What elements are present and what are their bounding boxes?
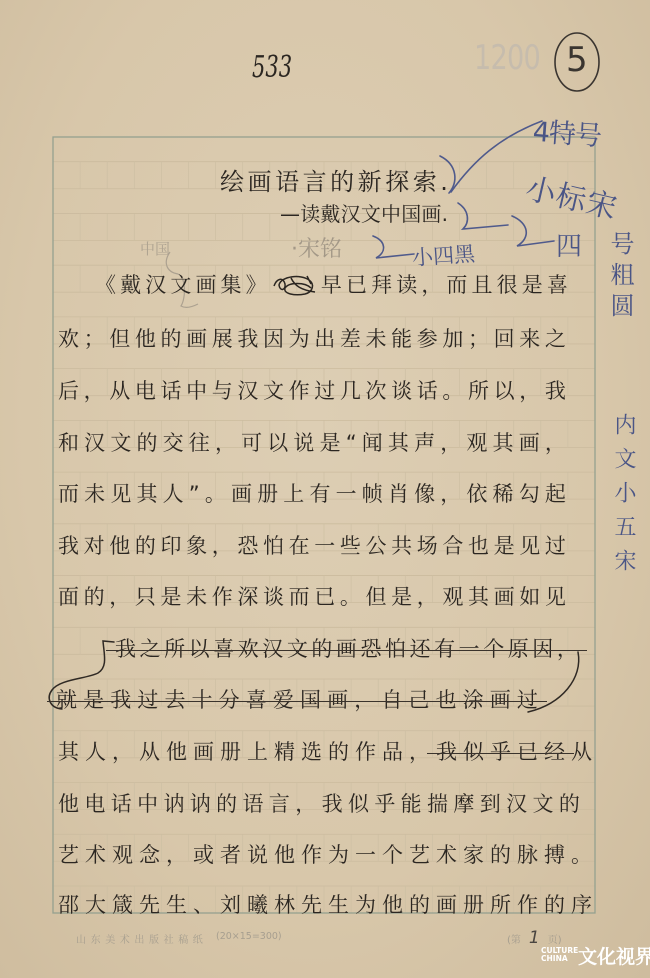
handwritten-char: 《 [95, 270, 116, 300]
publisher-label: 山东美术出版社稿纸 [76, 931, 207, 946]
handwritten-char: 我 [436, 737, 457, 767]
handwritten-char: 些 [340, 531, 361, 561]
handwritten-char: 读 [300, 199, 320, 229]
handwritten-char: ， [519, 376, 540, 406]
handwritten-char: 一 [459, 634, 480, 664]
handwritten-char: 册 [463, 890, 484, 920]
handwritten-char: ， [409, 737, 430, 767]
handwritten-char: 且 [472, 270, 493, 300]
handwritten-char: 一 [355, 840, 376, 870]
handwritten-char: 过 [545, 531, 566, 561]
handwritten-char: 中 [137, 789, 158, 819]
handwritten-char: 文 [532, 789, 553, 819]
handwritten-char: 》 [246, 270, 267, 300]
subtitle-bracket-2 [512, 216, 554, 246]
handwritten-char: 作 [355, 737, 376, 767]
handwritten-char: 绘 [220, 167, 244, 197]
handwritten-char: 画 [336, 634, 357, 664]
handwritten-char: 汉 [506, 789, 527, 819]
handwritten-char: 汉 [237, 376, 258, 406]
handwritten-char: 交 [163, 428, 184, 458]
handwritten-char: . [442, 199, 448, 229]
handwritten-char: 来 [519, 324, 540, 354]
handwritten-char: 所 [468, 376, 489, 406]
body-line-11: 他电话中讷讷的语言，我似乎能揣摩到汉文的 [58, 789, 580, 819]
author-bracket [373, 236, 414, 258]
annotation-body-spec: 内文小五宋 [608, 413, 639, 583]
scribbled-out-word [271, 272, 317, 298]
handwritten-char: 之 [545, 324, 566, 354]
handwritten-char: ， [109, 582, 130, 612]
handwritten-char: ， [112, 737, 133, 767]
handwritten-char: 因 [532, 634, 553, 664]
handwritten-char: 个 [483, 634, 504, 664]
handwritten-char: 文 [263, 376, 284, 406]
handwritten-char: 文 [170, 270, 191, 300]
handwritten-char: 怕 [263, 531, 284, 561]
handwritten-char: 所 [490, 890, 511, 920]
handwritten-char: ， [84, 376, 105, 406]
handwritten-char: 己 [408, 685, 429, 715]
handwritten-char: 我 [115, 634, 136, 664]
page-label-suffix: 页) [548, 931, 562, 946]
handwritten-char: 他 [274, 840, 295, 870]
handwritten-char: 十 [192, 685, 213, 715]
handwritten-char: 国 [401, 199, 421, 229]
handwritten-char: 恐 [237, 531, 258, 561]
handwritten-char: 画 [231, 479, 252, 509]
handwritten-char: 加 [442, 324, 463, 354]
handwritten-char: 很 [497, 270, 518, 300]
handwritten-char: 讷 [163, 789, 184, 819]
handwritten-char: 差 [340, 324, 361, 354]
handwritten-char: 的 [330, 167, 354, 197]
word-count-note: 1200 [474, 38, 540, 78]
handwritten-char: 以 [267, 428, 288, 458]
handwritten-char: 探 [385, 167, 409, 197]
handwritten-char: 他 [382, 890, 403, 920]
handwritten-char: 像 [414, 479, 435, 509]
handwritten-char: 就 [56, 685, 77, 715]
handwritten-char: 的 [559, 789, 580, 819]
body-line-8-deleted: 我之所以喜欢汉文的画恐怕还有一个原因， [115, 634, 578, 664]
handwritten-char: 谈 [391, 376, 412, 406]
handwritten-char: 爱 [273, 685, 294, 715]
handwritten-char: 话 [161, 376, 182, 406]
handwritten-char: 国 [300, 685, 321, 715]
handwritten-char: 原 [508, 634, 529, 664]
handwritten-char: 戴 [120, 270, 141, 300]
handwritten-char: 其 [58, 737, 79, 767]
handwritten-char: 怕 [385, 634, 406, 664]
handwritten-char: 闻 [362, 428, 383, 458]
handwritten-char: 肖 [388, 479, 409, 509]
handwritten-char: 是 [391, 582, 412, 612]
handwritten-char: 作 [289, 376, 310, 406]
handwritten-char: 有 [434, 634, 455, 664]
handwritten-char: 稀 [493, 479, 514, 509]
handwritten-char: 未 [84, 479, 105, 509]
handwritten-char: 的 [328, 737, 349, 767]
body-line-9-deleted: 就是我过去十分喜爱国画，自己也涂画过 [56, 685, 538, 715]
handwritten-char: 画 [421, 199, 441, 229]
handwritten-char: 言 [303, 167, 327, 197]
handwritten-char: 为 [328, 840, 349, 870]
handwritten-char: 几 [340, 376, 361, 406]
handwritten-char: 我 [58, 531, 79, 561]
handwritten-char: 他 [166, 737, 187, 767]
handwritten-char: 喜 [547, 270, 568, 300]
handwritten-char: 册 [220, 737, 241, 767]
handwritten-char: 深 [237, 582, 258, 612]
handwritten-char: ； [468, 324, 489, 354]
handwritten-char: 精 [274, 737, 295, 767]
handwritten-char: 者 [220, 840, 241, 870]
handwritten-char: 参 [417, 324, 438, 354]
handwritten-char: ， [215, 428, 236, 458]
handwritten-char: 合 [442, 531, 463, 561]
handwritten-char: 过 [517, 685, 538, 715]
handwritten-char: 而 [289, 582, 310, 612]
handwritten-char: 似 [348, 789, 369, 819]
handwritten-char: 说 [247, 840, 268, 870]
handwritten-char: 生 [166, 890, 187, 920]
annotation-subtitle-size: 四 [556, 226, 582, 263]
handwritten-char: 的 [136, 428, 157, 458]
handwritten-char: 分 [219, 685, 240, 715]
handwritten-char: 作 [212, 582, 233, 612]
handwritten-char: 刘 [220, 890, 241, 920]
handwritten-char: 为 [355, 890, 376, 920]
handwritten-char: 以 [189, 634, 210, 664]
handwritten-char: 我 [237, 324, 258, 354]
handwritten-char: ， [421, 270, 442, 300]
handwritten-char: 观 [112, 840, 133, 870]
handwritten-char: 林 [274, 890, 295, 920]
handwritten-char: 他 [58, 789, 79, 819]
handwritten-char: 而 [446, 270, 467, 300]
handwritten-char: 揣 [427, 789, 448, 819]
handwritten-char: 。 [571, 840, 592, 870]
handwritten-char: 象 [186, 531, 207, 561]
handwritten-char: 画 [519, 428, 540, 458]
handwritten-char: 他 [109, 531, 130, 561]
handwritten-char: 人 [85, 737, 106, 767]
handwritten-char: 箴 [112, 890, 133, 920]
body-line-6: 我对他的印象，恐怕在一些公共场合也是见过 [58, 531, 566, 561]
handwritten-char: 到 [480, 789, 501, 819]
handwritten-char: 经 [544, 737, 565, 767]
subtitle: —读戴汉文中国画. [280, 199, 448, 229]
handwritten-char: 画 [327, 685, 348, 715]
handwritten-char: 往 [189, 428, 210, 458]
handwritten-char: 选 [301, 737, 322, 767]
handwritten-char: 戴 [320, 199, 340, 229]
handwritten-char: ， [557, 634, 578, 664]
handwritten-char: 因 [263, 324, 284, 354]
handwritten-char: ， [354, 685, 375, 715]
handwritten-char: 能 [391, 324, 412, 354]
handwritten-char: 如 [519, 582, 540, 612]
handwritten-char: 可 [241, 428, 262, 458]
handwritten-char: 电 [84, 789, 105, 819]
handwritten-char: 未 [186, 582, 207, 612]
handwritten-char: 汉 [341, 199, 361, 229]
handwritten-char: 画 [193, 737, 214, 767]
handwritten-char: 大 [85, 890, 106, 920]
handwritten-char: 是 [494, 531, 515, 561]
body-line-12: 艺术观念，或者说他作为一个艺术家的脉搏。 [58, 840, 592, 870]
handwritten-char: 其 [468, 582, 489, 612]
handwritten-char: 见 [110, 479, 131, 509]
circled-page-number: 5 [566, 40, 588, 80]
handwritten-char: 对 [84, 531, 105, 561]
page-label: (第 1 页) [507, 928, 562, 948]
handwritten-char: 画 [490, 685, 511, 715]
handwritten-char: 喜 [213, 634, 234, 664]
handwritten-char: 是 [161, 582, 182, 612]
handwritten-char: 起 [545, 479, 566, 509]
handwritten-char: 已 [517, 737, 538, 767]
handwritten-char: 恐 [360, 634, 381, 664]
body-line-7: 面的，只是未作深谈而已。但是，观其画如见 [58, 582, 566, 612]
handwritten-char: ， [166, 840, 187, 870]
handwritten-char: 已 [346, 270, 367, 300]
handwritten-char: 喜 [246, 685, 267, 715]
handwritten-char: 新 [358, 167, 382, 197]
handwritten-char: ， [212, 531, 233, 561]
handwritten-char: 出 [314, 324, 335, 354]
annotation-title-size: 4特号 [532, 110, 603, 154]
handwritten-char: 画 [494, 582, 515, 612]
handwritten-char: 汉 [84, 428, 105, 458]
handwritten-char: 还 [410, 634, 431, 664]
handwritten-char: ， [417, 582, 438, 612]
handwritten-char: 我 [545, 376, 566, 406]
handwritten-char: 似 [463, 737, 484, 767]
handwritten-char: 的 [409, 890, 430, 920]
handwritten-char: 其 [388, 428, 409, 458]
annotation-subtitle-font: 号粗圆 [603, 231, 638, 324]
handwritten-char: 场 [417, 531, 438, 561]
handwritten-char: ， [295, 789, 316, 819]
annotation-title-font: 小标宋 [522, 164, 623, 228]
handwritten-char: 的 [161, 324, 182, 354]
handwritten-char: 与 [212, 376, 233, 406]
handwritten-char: 为 [289, 324, 310, 354]
handwritten-char: 从 [109, 376, 130, 406]
handwritten-char: 后 [58, 376, 79, 406]
handwritten-char: 欢 [58, 324, 79, 354]
handwritten-char: 搏 [544, 840, 565, 870]
body-line-4: 和汉文的交往，可以说是“闻其声，观其画， [58, 428, 566, 458]
page-label-prefix: (第 [507, 931, 521, 946]
handwritten-char: 见 [519, 531, 540, 561]
handwritten-char: 作 [517, 890, 538, 920]
handwritten-char: 从 [571, 737, 592, 767]
handwritten-char: 的 [216, 789, 237, 819]
handwritten-char: 话 [111, 789, 132, 819]
handwritten-char: 过 [314, 376, 335, 406]
handwritten-char: 说 [293, 428, 314, 458]
handwritten-char: ” [189, 479, 200, 509]
handwritten-char: 中 [381, 199, 401, 229]
handwritten-char: 能 [401, 789, 422, 819]
handwritten-char: 未 [366, 324, 387, 354]
handwritten-char: 勾 [519, 479, 540, 509]
handwritten-char: 术 [85, 840, 106, 870]
page-mark: 533 [252, 50, 292, 85]
watermark-brand-en: CULTURE CHINA [541, 947, 577, 963]
handwritten-char: 谈 [263, 582, 284, 612]
handwritten-char: ， [440, 479, 461, 509]
handwritten-char: 的 [311, 634, 332, 664]
handwritten-char: 的 [490, 840, 511, 870]
handwritten-char: 拜 [371, 270, 392, 300]
handwritten-char: 只 [135, 582, 156, 612]
handwritten-char: 印 [161, 531, 182, 561]
title: 绘画语言的新探索. [220, 167, 448, 197]
handwritten-char: ， [440, 428, 461, 458]
handwritten-char: 、 [193, 890, 214, 920]
handwritten-char: 上 [247, 737, 268, 767]
handwritten-char: 册 [257, 479, 278, 509]
handwritten-char: 。 [205, 479, 226, 509]
handwritten-char: 也 [436, 685, 457, 715]
handwritten-char: ， [545, 428, 566, 458]
handwritten-char: 在 [289, 531, 310, 561]
handwritten-char: 画 [186, 324, 207, 354]
handwritten-char: 从 [139, 737, 160, 767]
manuscript-page: { "document": { "page_mark": "533", "wor… [0, 0, 650, 978]
handwritten-char: ； [84, 324, 105, 354]
handwritten-char: 所 [164, 634, 185, 664]
handwritten-char: — [280, 199, 300, 229]
body-line-10: 其人，从他画册上精选的作品， 我似乎已经 从 [58, 737, 592, 767]
handwritten-char: 其 [493, 428, 514, 458]
handwritten-char: 文 [110, 428, 131, 458]
handwritten-char: 中 [186, 376, 207, 406]
handwritten-char: 念 [139, 840, 160, 870]
handwritten-char: 言 [269, 789, 290, 819]
handwritten-char: 语 [275, 167, 299, 197]
handwritten-char: 画 [248, 167, 272, 197]
handwritten-char: 我 [110, 685, 131, 715]
handwritten-char: 但 [109, 324, 130, 354]
handwritten-char: 艺 [409, 840, 430, 870]
handwritten-char: 序 [571, 890, 592, 920]
handwritten-char: 读 [396, 270, 417, 300]
handwritten-char: 脉 [517, 840, 538, 870]
handwritten-char: 共 [391, 531, 412, 561]
handwritten-char: 电 [135, 376, 156, 406]
handwritten-char: 早 [321, 270, 342, 300]
handwritten-char: 作 [301, 840, 322, 870]
handwritten-char: 文 [287, 634, 308, 664]
handwritten-char: 观 [466, 428, 487, 458]
handwritten-char: 自 [381, 685, 402, 715]
handwritten-char: 上 [283, 479, 304, 509]
handwritten-char: 品 [382, 737, 403, 767]
handwritten-char: 画 [436, 890, 457, 920]
watermark-brand-cn: 文化视界 [578, 942, 650, 969]
handwritten-char: 先 [301, 890, 322, 920]
body-line-5: 而未见其人”。画册上有一帧肖像，依稀勾起 [58, 479, 566, 509]
annotation-author-spec: 小四黑 [411, 238, 476, 272]
handwritten-char: 过 [137, 685, 158, 715]
handwritten-char: 展 [212, 324, 233, 354]
handwritten-char: 汉 [145, 270, 166, 300]
handwritten-char: 声 [414, 428, 435, 458]
body-line-13: 邵大箴先生、刘曦林先生为他的画册所作的序 [58, 890, 592, 920]
handwritten-char: 的 [84, 582, 105, 612]
handwritten-char: 是 [83, 685, 104, 715]
handwritten-char: . [440, 167, 448, 197]
handwritten-char: 是 [522, 270, 543, 300]
handwritten-char: 摩 [453, 789, 474, 819]
handwritten-char: 讷 [190, 789, 211, 819]
handwritten-char: 之 [140, 634, 161, 664]
pencil-note: 中国 [140, 238, 170, 259]
handwritten-char: 乎 [490, 737, 511, 767]
author-name: ·宋铭 [291, 232, 342, 263]
handwritten-char: 已 [314, 582, 335, 612]
handwritten-char: 公 [366, 531, 387, 561]
handwritten-char: 集 [221, 270, 242, 300]
handwritten-char: 去 [164, 685, 185, 715]
handwritten-char: “ [346, 428, 357, 458]
handwritten-char: 术 [436, 840, 457, 870]
handwritten-char: 是 [320, 428, 341, 458]
handwritten-char: 艺 [58, 840, 79, 870]
handwritten-char: 的 [544, 890, 565, 920]
handwritten-char: 汉 [262, 634, 283, 664]
body-line-2: 欢；但他的画展我因为出差未能参加；回来之 [58, 324, 566, 354]
handwritten-char: 乎 [374, 789, 395, 819]
handwritten-char: 文 [361, 199, 381, 229]
handwritten-char: 邵 [58, 890, 79, 920]
subtitle-bracket [458, 203, 508, 229]
handwritten-char: 个 [382, 840, 403, 870]
handwritten-char: 涂 [463, 685, 484, 715]
handwritten-char: 欢 [238, 634, 259, 664]
handwritten-char: 次 [366, 376, 387, 406]
handwritten-char: 家 [463, 840, 484, 870]
handwritten-char: 曦 [247, 890, 268, 920]
handwritten-char: 也 [468, 531, 489, 561]
handwritten-char: 我 [322, 789, 343, 819]
grid-spec-label: (20×15=300) [216, 931, 282, 942]
handwritten-char: 人 [163, 479, 184, 509]
handwritten-char: 帧 [362, 479, 383, 509]
handwritten-char: 但 [366, 582, 387, 612]
handwritten-char: 而 [58, 479, 79, 509]
handwritten-char: 他 [135, 324, 156, 354]
handwritten-char: 先 [139, 890, 160, 920]
handwritten-char: 见 [545, 582, 566, 612]
handwritten-char: 或 [193, 840, 214, 870]
handwritten-char: 。 [340, 582, 361, 612]
handwritten-char: 话 [417, 376, 438, 406]
handwritten-char: 观 [442, 582, 463, 612]
handwritten-char: 和 [58, 428, 79, 458]
handwritten-char: 画 [195, 270, 216, 300]
handwritten-char: 其 [136, 479, 157, 509]
handwritten-char: 有 [309, 479, 330, 509]
handwritten-char: 。 [442, 376, 463, 406]
body-line-1: 《戴汉文画集》 早已拜读，而且很是喜 [95, 270, 568, 300]
handwritten-char: 一 [314, 531, 335, 561]
